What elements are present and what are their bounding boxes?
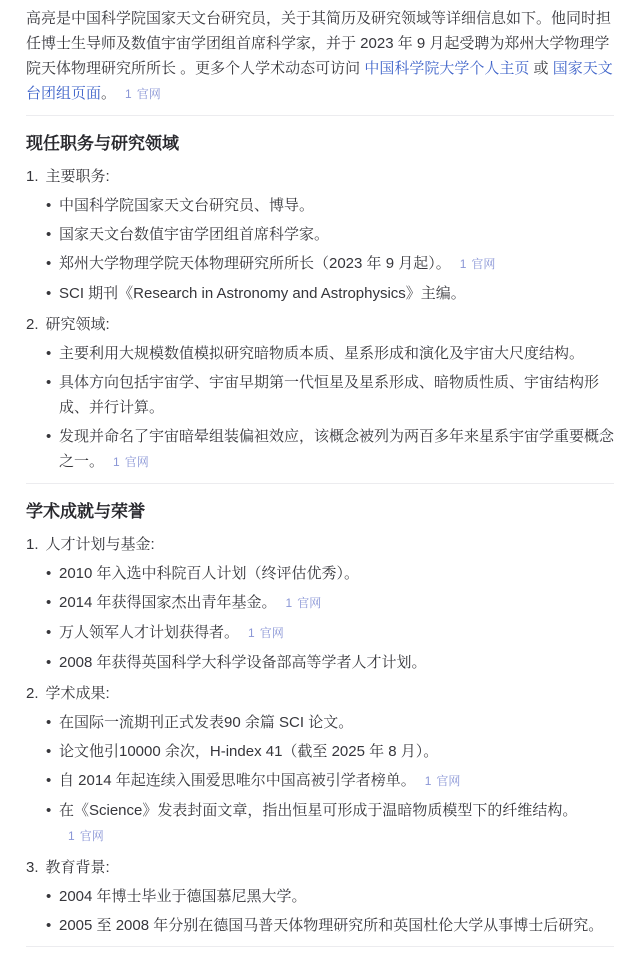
bullet-item: 2004 年博士毕业于德国慕尼黑大学。: [26, 884, 614, 909]
citation-source: 官网: [436, 774, 460, 788]
bullet-text: 自 2014 年起连续入围爱思唯尔中国高被引学者榜单。: [59, 772, 416, 789]
numbered-item: 1.人才计划与基金:: [26, 532, 614, 557]
bullet-list: 主要利用大规模数值模拟研究暗物质本质、星系形成和演化及宇宙大尺度结构。 具体方向…: [26, 341, 614, 475]
bullet-text: 郑州大学物理学院天体物理研究所所长（2023 年 9 月起）。: [59, 255, 451, 272]
bullet-text: 主要利用大规模数值模拟研究暗物质本质、星系形成和演化及宇宙大尺度结构。: [59, 345, 584, 362]
bullet-item: 在国际一流期刊正式发表90 余篇 SCI 论文。: [26, 710, 614, 735]
bullet-text: SCI 期刊《Research in Astronomy and Astroph…: [59, 285, 466, 302]
citation-number: 1: [113, 455, 120, 469]
bullet-icon: [46, 884, 51, 909]
bullet-text: 2005 至 2008 年分别在德国马普天体物理研究所和英国杜伦大学从事博士后研…: [59, 917, 603, 934]
citation-number: 1: [425, 774, 432, 788]
bullet-item: 2005 至 2008 年分别在德国马普天体物理研究所和英国杜伦大学从事博士后研…: [26, 913, 614, 938]
citation-source: 官网: [80, 829, 104, 843]
bullet-item: SCI 期刊《Research in Astronomy and Astroph…: [26, 281, 614, 306]
bullet-item: 主要利用大规模数值模拟研究暗物质本质、星系形成和演化及宇宙大尺度结构。: [26, 341, 614, 366]
citation-number: 1: [286, 596, 293, 610]
bullet-item: 国家天文台数值宇宙学团组首席科学家。: [26, 222, 614, 247]
citation-chip[interactable]: 1官网: [460, 257, 496, 271]
section-heading-achievements: 学术成就与荣誉: [26, 498, 614, 526]
bullet-text: 国家天文台数值宇宙学团组首席科学家。: [59, 226, 329, 243]
bullet-item: 2008 年获得英国科学大科学设备部高等学者人才计划。: [26, 650, 614, 675]
divider: [26, 115, 614, 116]
bullet-text: 在《Science》发表封面文章，指出恒星可形成于温暗物质模型下的纤维结构。: [59, 802, 577, 819]
bullet-icon: [46, 739, 51, 764]
citation-source: 官网: [297, 596, 321, 610]
intro-period: 。: [101, 85, 116, 102]
bullet-list: 2004 年博士毕业于德国慕尼黑大学。 2005 至 2008 年分别在德国马普…: [26, 884, 614, 938]
bullet-text: 在国际一流期刊正式发表90 余篇 SCI 论文。: [59, 714, 353, 731]
bullet-text: 2004 年博士毕业于德国慕尼黑大学。: [59, 888, 307, 905]
numbered-item-number: 2.: [26, 316, 39, 333]
citation-number: 1: [125, 87, 132, 101]
link-personal-homepage[interactable]: 中国科学院大学个人主页: [364, 60, 529, 77]
bullet-item: 2014 年获得国家杰出青年基金。1官网: [26, 590, 614, 616]
bullet-icon: [46, 590, 51, 615]
numbered-item-number: 1.: [26, 536, 39, 553]
citation-chip[interactable]: 1官网: [125, 87, 161, 101]
numbered-item-number: 3.: [26, 859, 39, 876]
bullet-text: 具体方向包括宇宙学、宇宙早期第一代恒星及星系形成、暗物质性质、宇宙结构形成、并行…: [59, 374, 599, 416]
bullet-icon: [46, 650, 51, 675]
numbered-item-label: 学术成果:: [46, 685, 110, 702]
bullet-icon: [46, 798, 51, 823]
bullet-text: 万人领军人才计划获得者。: [59, 624, 239, 641]
bullet-list: 中国科学院国家天文台研究员、博导。 国家天文台数值宇宙学团组首席科学家。 郑州大…: [26, 193, 614, 306]
numbered-item-number: 1.: [26, 168, 39, 185]
bullet-icon: [46, 561, 51, 586]
bullet-icon: [46, 222, 51, 247]
bullet-item: 论文他引10000 余次，H-index 41（截至 2025 年 8 月）。: [26, 739, 614, 764]
citation-chip[interactable]: 1官网: [68, 829, 104, 843]
bullet-icon: [46, 341, 51, 366]
bullet-item: 万人领军人才计划获得者。1官网: [26, 620, 614, 646]
numbered-item-label: 研究领域:: [46, 316, 110, 333]
divider: [26, 483, 614, 484]
bullet-icon: [46, 768, 51, 793]
bullet-text: 论文他引10000 余次，H-index 41（截至 2025 年 8 月）。: [59, 743, 438, 760]
bullet-text: 2008 年获得英国科学大科学设备部高等学者人才计划。: [59, 654, 427, 671]
bullet-item: 2010 年入选中科院百人计划（终评估优秀）。: [26, 561, 614, 586]
bullet-text: 2010 年入选中科院百人计划（终评估优秀）。: [59, 565, 359, 582]
bullet-item: 自 2014 年起连续入围爱思唯尔中国高被引学者榜单。1官网: [26, 768, 614, 794]
bullet-icon: [46, 193, 51, 218]
bullet-text: 2014 年获得国家杰出青年基金。: [59, 594, 277, 611]
bullet-icon: [46, 913, 51, 938]
answer-page: 高亮是中国科学院国家天文台研究员，关于其简历及研究领域等详细信息如下。他同时担任…: [0, 0, 640, 951]
citation-chip[interactable]: 1官网: [286, 596, 322, 610]
citation-source: 官网: [125, 455, 149, 469]
bullet-icon: [46, 710, 51, 735]
citation-chip[interactable]: 1官网: [113, 455, 149, 469]
citation-source: 官网: [260, 626, 284, 640]
intro-or-text: 或: [529, 60, 552, 77]
bullet-icon: [46, 620, 51, 645]
intro-paragraph: 高亮是中国科学院国家天文台研究员，关于其简历及研究领域等详细信息如下。他同时担任…: [26, 6, 614, 107]
bullet-item: 在《Science》发表封面文章，指出恒星可形成于温暗物质模型下的纤维结构。1官…: [26, 798, 614, 849]
bullet-list: 2010 年入选中科院百人计划（终评估优秀）。 2014 年获得国家杰出青年基金…: [26, 561, 614, 675]
citation-number: 1: [68, 829, 75, 843]
bullet-item: 发现并命名了宇宙暗晕组装偏袒效应，该概念被列为两百多年来星系宇宙学重要概念之一。…: [26, 424, 614, 475]
numbered-item-label: 人才计划与基金:: [46, 536, 155, 553]
bullet-icon: [46, 370, 51, 395]
bullet-item: 中国科学院国家天文台研究员、博导。: [26, 193, 614, 218]
numbered-item-label: 教育背景:: [46, 859, 110, 876]
divider: [26, 946, 614, 947]
bullet-item: 具体方向包括宇宙学、宇宙早期第一代恒星及星系形成、暗物质性质、宇宙结构形成、并行…: [26, 370, 614, 420]
bullet-item: 郑州大学物理学院天体物理研究所所长（2023 年 9 月起）。1官网: [26, 251, 614, 277]
citation-source: 官网: [137, 87, 161, 101]
citation-chip[interactable]: 1官网: [425, 774, 461, 788]
numbered-item-label: 主要职务:: [46, 168, 110, 185]
citation-number: 1: [248, 626, 255, 640]
numbered-item: 1.主要职务:: [26, 164, 614, 189]
bullet-text: 中国科学院国家天文台研究员、博导。: [59, 197, 314, 214]
bullet-icon: [46, 281, 51, 306]
citation-source: 官网: [471, 257, 495, 271]
bullet-list: 在国际一流期刊正式发表90 余篇 SCI 论文。 论文他引10000 余次，H-…: [26, 710, 614, 849]
bullet-icon: [46, 424, 51, 449]
bullet-icon: [46, 251, 51, 276]
numbered-item: 2.学术成果:: [26, 681, 614, 706]
citation-chip[interactable]: 1官网: [248, 626, 284, 640]
numbered-item: 3.教育背景:: [26, 855, 614, 880]
citation-number: 1: [460, 257, 467, 271]
section-heading-current-roles: 现任职务与研究领域: [26, 130, 614, 158]
numbered-item-number: 2.: [26, 685, 39, 702]
numbered-item: 2.研究领域:: [26, 312, 614, 337]
